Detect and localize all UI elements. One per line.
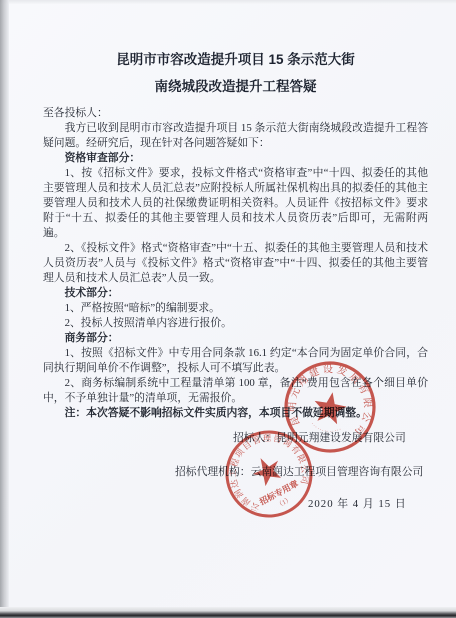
commercial-section-heading: 商务部分： — [43, 331, 428, 346]
document-title-line1: 昆明市市容改造提升项目 15 条示范大街 — [43, 46, 428, 73]
qualification-section-heading: 资格审查部分： — [43, 151, 428, 166]
salutation: 至各投标人： — [43, 106, 428, 121]
tenderer-signature-line: 招标人：昆明元翔建设发展有限公司 — [233, 431, 428, 446]
technical-section-heading: 技术部分： — [43, 286, 428, 301]
scan-edge-top — [0, 0, 456, 4]
qualification-item-2: 2、《投标文件》格式“资格审查”中“十五、拟委任的其他主要管理人员和技术人员资历… — [43, 241, 428, 286]
technical-item-2: 2、投标人按照清单内容进行报价。 — [43, 316, 428, 331]
document-body: 昆明市市容改造提升项目 15 条示范大街 南绕城段改造提升工程答疑 至各投标人：… — [43, 46, 428, 512]
commercial-item-2: 2、商务标编制系统中工程量清单第 100 章，备注“费用包含在各个细目单价中，不… — [43, 376, 428, 406]
document-date: 2020 年 4 月 15 日 — [308, 497, 428, 512]
commercial-item-1: 1、按照《招标文件》中专用合同条款 16.1 约定“本合同为固定单价合同，合同执… — [43, 346, 428, 376]
agency-signature-line: 招标代理机构：云南润达工程项目管理咨询有限公司 — [175, 465, 428, 480]
scan-edge-bottom — [0, 607, 456, 618]
scanned-document-page: 昆明市市容改造提升项目 15 条示范大街 南绕城段改造提升工程答疑 至各投标人：… — [0, 0, 456, 618]
scan-edge-left — [0, 0, 9, 618]
qualification-item-1: 1、按《招标文件》要求，投标文件格式“资格审查”中“十四、拟委任的其他主要管理人… — [43, 166, 428, 241]
document-title-line2: 南绕城段改造提升工程答疑 — [43, 73, 428, 100]
intro-paragraph: 我方已收到昆明市市容改造提升项目 15 条示范大街南绕城段改造提升工程答疑问题。… — [43, 121, 428, 151]
closing-note: 注：本次答疑不影响招标文件实质内容，本项目不做延期调整。 — [43, 406, 428, 421]
technical-item-1: 1、严格按照“暗标”的编制要求。 — [43, 301, 428, 316]
